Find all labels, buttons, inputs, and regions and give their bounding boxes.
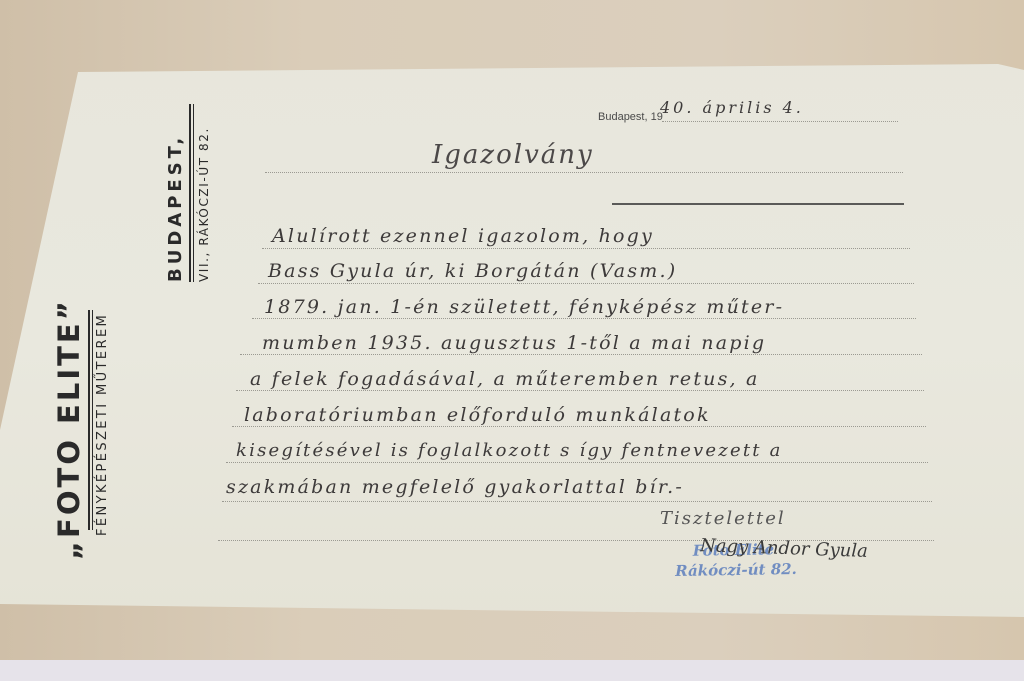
line-rule (252, 318, 916, 319)
line-rule (236, 390, 924, 391)
closing: Tisztelettel (660, 508, 786, 529)
title-solid-rule (612, 203, 904, 205)
line-rule (222, 501, 932, 502)
body-line: Alulírott ezennel igazolom, hogy (272, 225, 654, 247)
document-title: Igazolvány (432, 140, 594, 170)
letter-content: Budapest, 19 40. április 4. Igazolvány A… (0, 0, 1024, 681)
title-rule (265, 172, 903, 173)
body-line: Bass Gyula úr, ki Borgátán (Vasm.) (268, 260, 677, 282)
line-rule (232, 426, 926, 427)
line-rule (240, 354, 922, 355)
date-rule (662, 121, 898, 122)
body-line: szakmában megfelelő gyakorlattal bír.- (226, 476, 684, 498)
body-line: a felek fogadásával, a műteremben retus,… (250, 368, 760, 390)
body-line: laboratóriumban előforduló munkálatok (244, 404, 711, 426)
dateline-printed: Budapest, 19 (598, 111, 663, 123)
dateline-handwritten: 40. április 4. (660, 98, 804, 117)
line-rule (226, 462, 928, 463)
body-line: 1879. jan. 1-én született, fényképész mű… (264, 296, 784, 318)
stamp-line-2: Rákóczi-út 82. (675, 559, 797, 581)
body-line: mumben 1935. augusztus 1-től a mai napig (262, 332, 766, 354)
line-rule (262, 248, 910, 249)
line-rule (258, 283, 914, 284)
body-line: kisegítésével is foglalkozott s így fent… (236, 440, 783, 461)
